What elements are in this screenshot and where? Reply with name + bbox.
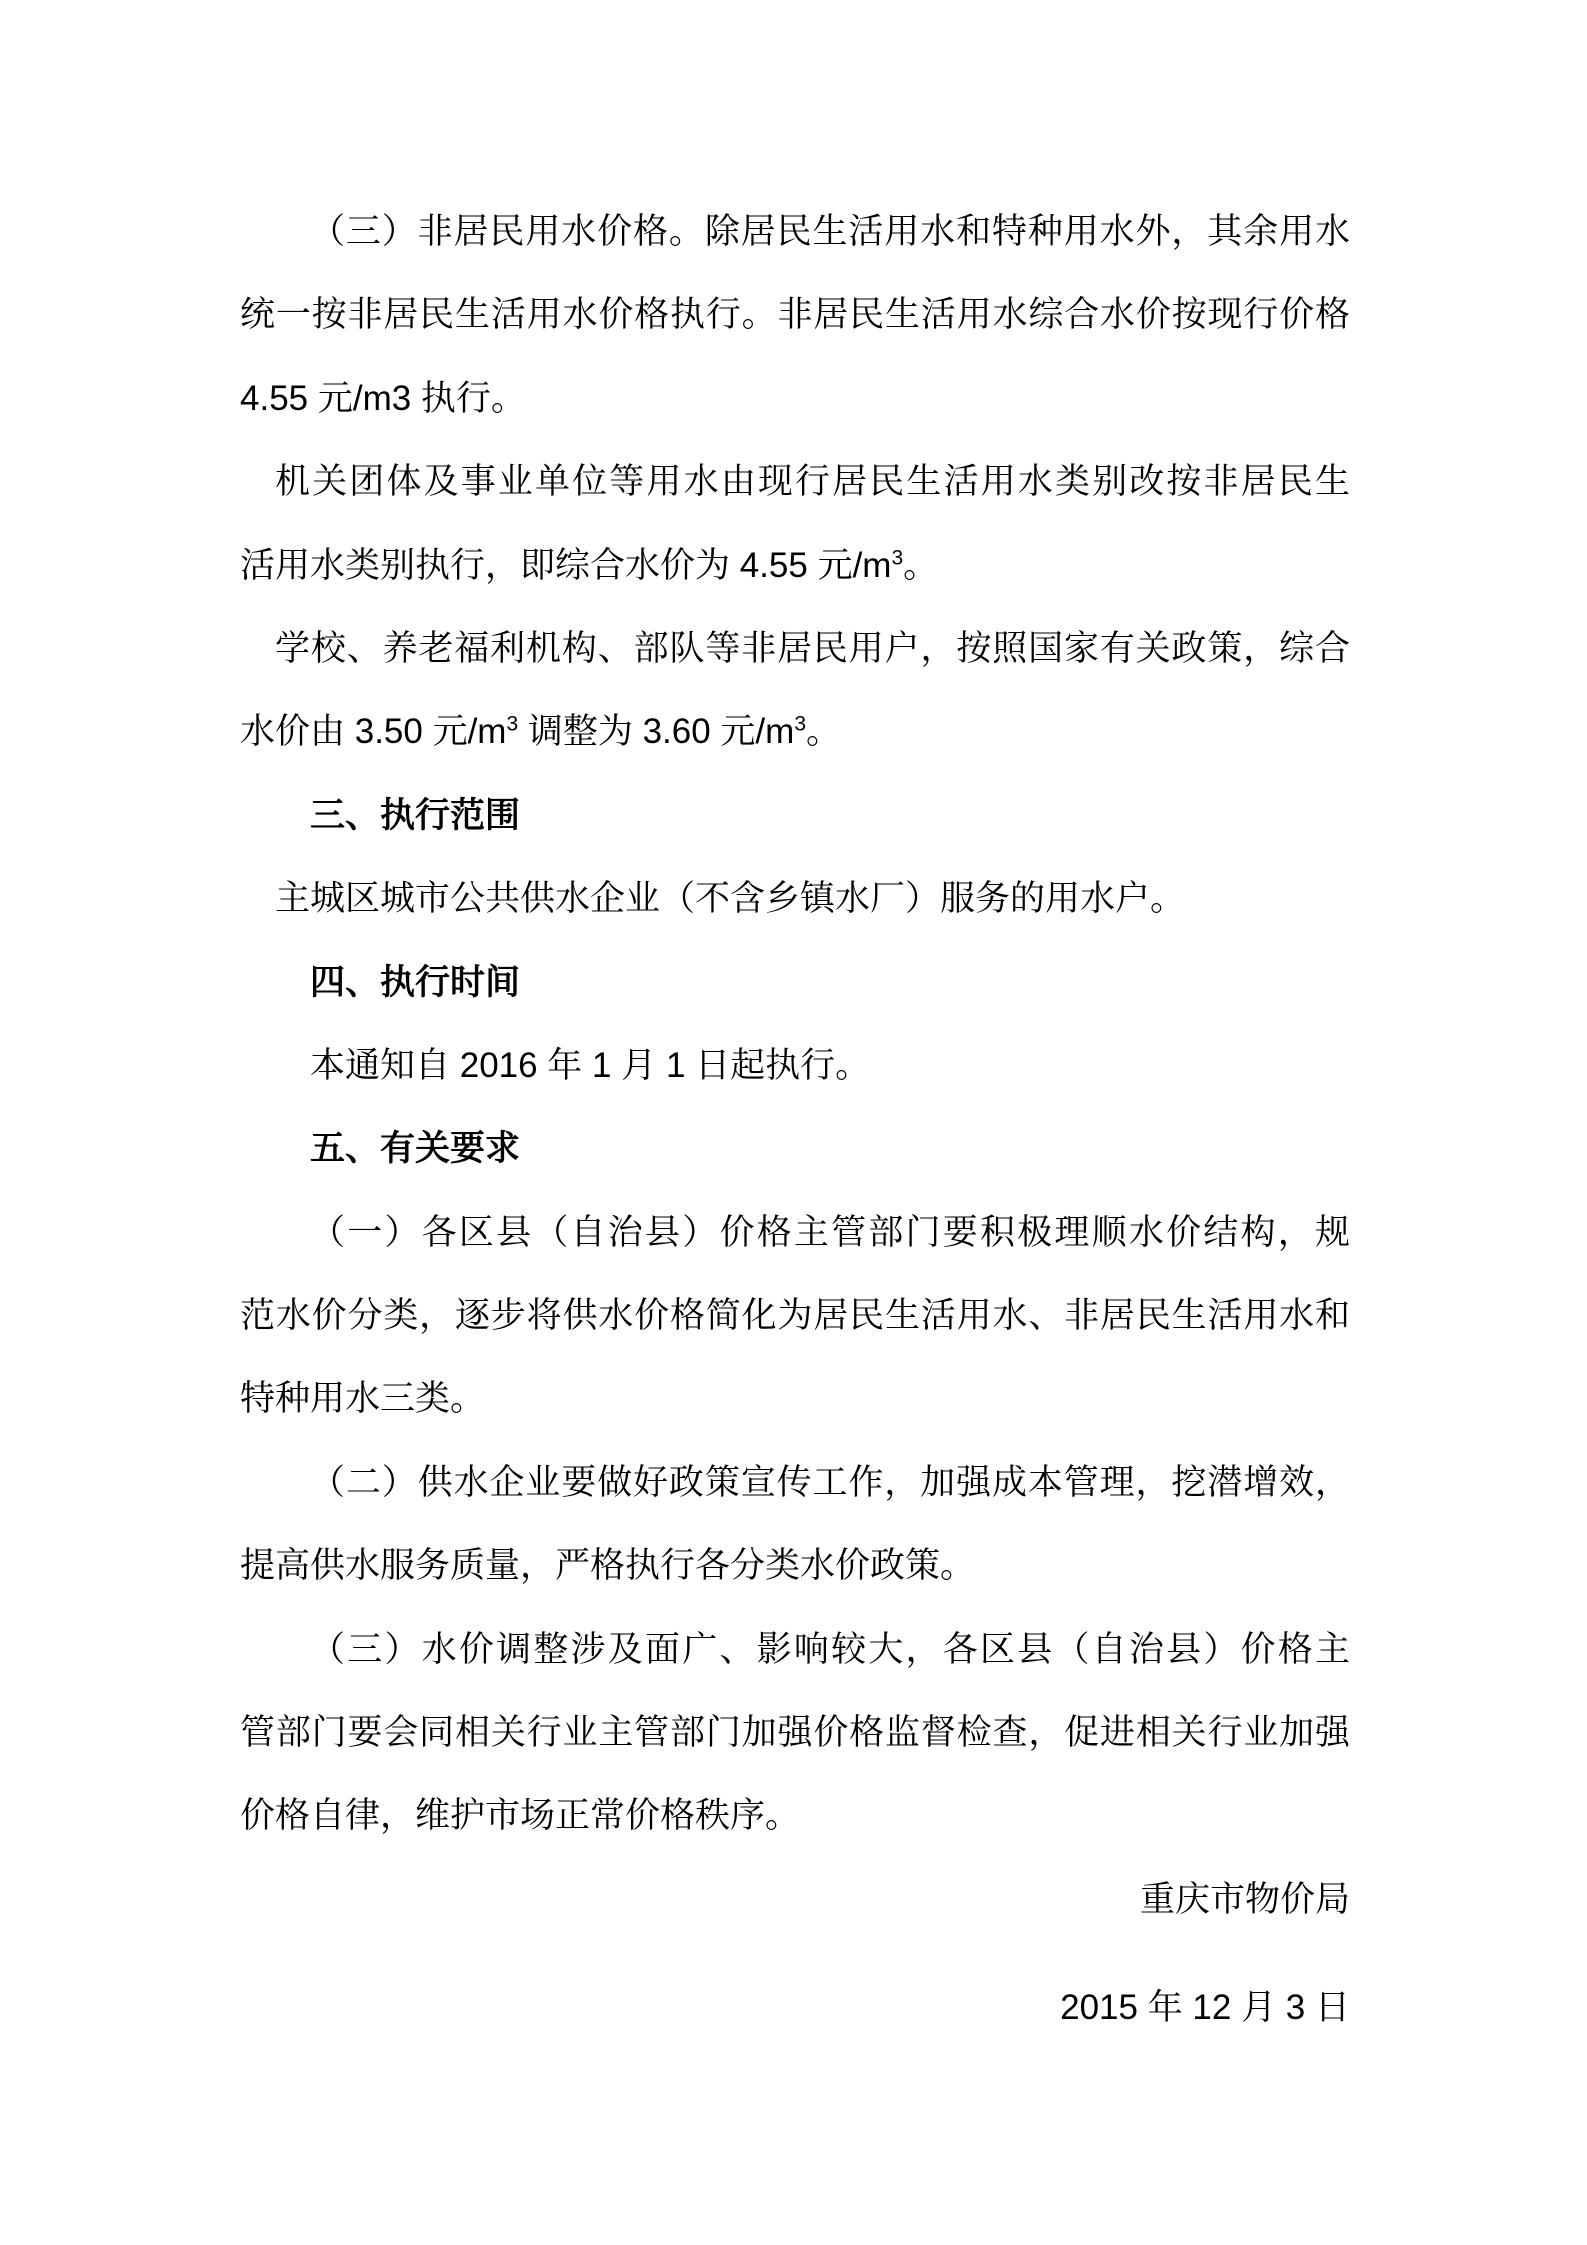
text-run: 主城区城市公共供水企业（不含乡镇水厂）服务的用水户。 [275,879,1185,918]
doc-line: （一）各区县（自治县）价格主管部门要积极理顺水价结构，规 [240,1191,1350,1274]
text-run: 水价由 3.50 元/m [240,712,506,751]
doc-line: 重庆市物价局 [240,1858,1350,1941]
text-run: 本通知自 2016 年 1 月 1 日起执行。 [310,1046,870,1085]
text-run: 四、执行时间 [310,963,520,1002]
section-heading: 五、有关要求 [240,1107,1350,1190]
text-run: 重庆市物价局 [1140,1880,1350,1919]
doc-line: 学校、养老福利机构、部队等非居民用户，按照国家有关政策，综合 [240,607,1350,690]
doc-line: 价格自律，维护市场正常价格秩序。 [240,1774,1350,1857]
text-run: 学校、养老福利机构、部队等非居民用户，按照国家有关政策，综合 [275,629,1350,668]
doc-line: 统一按非居民生活用水价格执行。非居民生活用水综合水价按现行价格 [240,273,1350,356]
doc-line: 本通知自 2016 年 1 月 1 日起执行。 [240,1024,1350,1107]
text-run: 特种用水三类。 [240,1379,485,1418]
text-run: 提高供水服务质量，严格执行各分类水价政策。 [240,1546,975,1585]
superscript: 3 [506,713,518,736]
text-run: （三）水价调整涉及面广、影响较大，各区县（自治县）价格主 [310,1630,1350,1669]
text-run: 。 [806,712,841,751]
doc-line: 4.55 元/m3 执行。 [240,357,1350,440]
doc-line: （三）非居民用水价格。除居民生活用水和特种用水外，其余用水 [240,190,1350,273]
section-heading: 三、执行范围 [240,774,1350,857]
text-run: 。 [903,546,938,585]
doc-line: 2015 年 12 月 3 日 [240,1966,1350,2049]
superscript: 3 [794,713,806,736]
doc-line: （三）水价调整涉及面广、影响较大，各区县（自治县）价格主 [240,1608,1350,1691]
text-run: 管部门要会同相关行业主管部门加强价格监督检查，促进相关行业加强 [240,1713,1350,1752]
text-run: （二）供水企业要做好政策宣传工作，加强成本管理，挖潜增效， [310,1463,1350,1502]
text-run: （一）各区县（自治县）价格主管部门要积极理顺水价结构，规 [310,1213,1350,1252]
doc-line: 提高供水服务质量，严格执行各分类水价政策。 [240,1524,1350,1607]
text-run: 活用水类别执行，即综合水价为 4.55 元/m [240,546,891,585]
text-run: 三、执行范围 [310,796,520,835]
section-heading: 四、执行时间 [240,941,1350,1024]
doc-line: （二）供水企业要做好政策宣传工作，加强成本管理，挖潜增效， [240,1441,1350,1524]
text-run: 五、有关要求 [310,1129,520,1168]
text-run: 价格自律，维护市场正常价格秩序。 [240,1796,800,1835]
text-run: 机关团体及事业单位等用水由现行居民生活用水类别改按非居民生 [275,462,1350,501]
text-run: 统一按非居民生活用水价格执行。非居民生活用水综合水价按现行价格 [240,295,1350,334]
doc-line: 范水价分类，逐步将供水价格简化为居民生活用水、非居民生活用水和 [240,1274,1350,1357]
text-run: 4.55 元/m3 执行。 [240,379,526,418]
text-run: 2015 年 12 月 3 日 [1060,1988,1350,2027]
doc-line: 主城区城市公共供水企业（不含乡镇水厂）服务的用水户。 [240,857,1350,940]
doc-line: 特种用水三类。 [240,1357,1350,1440]
text-run: （三）非居民用水价格。除居民生活用水和特种用水外，其余用水 [310,212,1350,251]
text-run: 范水价分类，逐步将供水价格简化为居民生活用水、非居民生活用水和 [240,1296,1350,1335]
doc-line: 活用水类别执行，即综合水价为 4.55 元/m3。 [240,524,1350,607]
document-page: （三）非居民用水价格。除居民生活用水和特种用水外，其余用水统一按非居民生活用水价… [0,0,1587,2245]
superscript: 3 [891,546,903,569]
doc-line: 管部门要会同相关行业主管部门加强价格监督检查，促进相关行业加强 [240,1691,1350,1774]
doc-line: 水价由 3.50 元/m3 调整为 3.60 元/m3。 [240,690,1350,773]
text-run: 调整为 3.60 元/m [518,712,794,751]
doc-line: 机关团体及事业单位等用水由现行居民生活用水类别改按非居民生 [240,440,1350,523]
document-content: （三）非居民用水价格。除居民生活用水和特种用水外，其余用水统一按非居民生活用水价… [240,190,1350,2050]
